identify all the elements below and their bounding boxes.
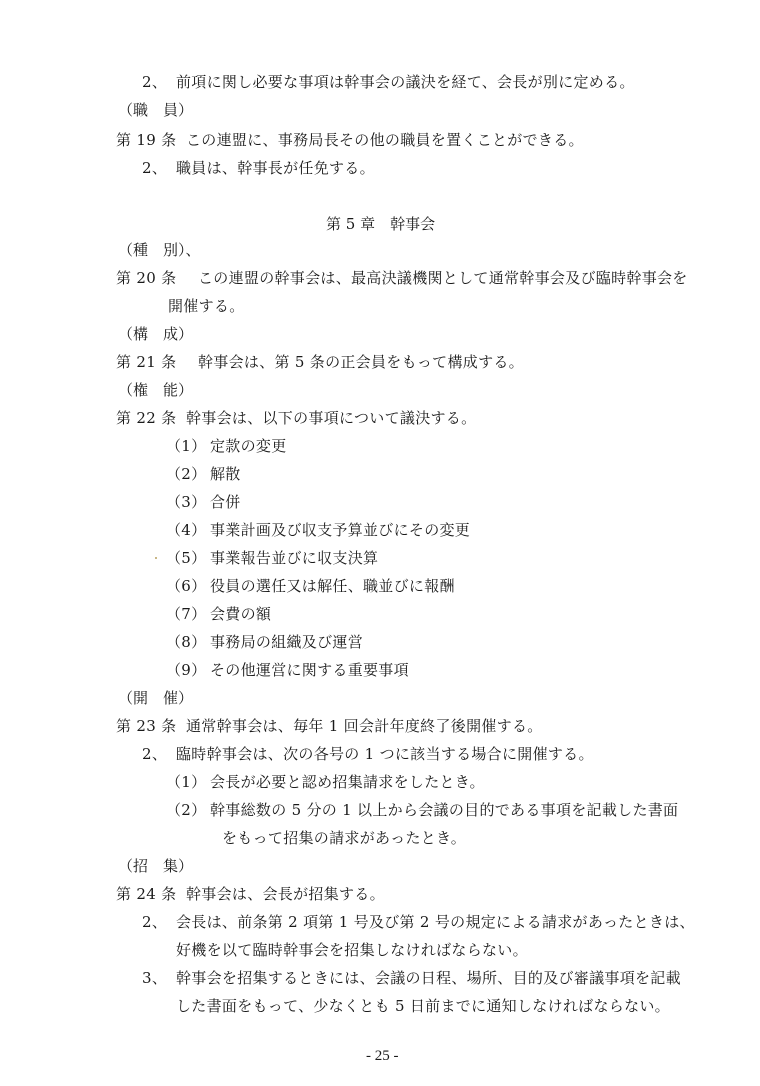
list-item: （1）定款の変更 <box>166 436 287 456</box>
item-number: （4） <box>166 520 210 540</box>
item-number: （7） <box>166 604 210 624</box>
paragraph-number: 2、 <box>142 744 176 764</box>
item-text: 会長が必要と認め招集請求をしたとき。 <box>210 773 485 791</box>
article-text: 幹事会は、第 5 条の正会員をもって構成する。 <box>198 353 524 371</box>
article-heading-20: （種 別）、 <box>118 240 201 260</box>
paragraph-continuation: した書面をもって、少なくとも 5 日前までに通知しなければならない。 <box>176 996 670 1016</box>
item-number: （1） <box>166 772 210 792</box>
list-item: （7）会費の額 <box>166 604 271 624</box>
item-number: （5） <box>166 548 210 568</box>
item-text: 事務局の組織及び運営 <box>210 633 363 651</box>
article-heading-21: （構 成） <box>118 324 193 344</box>
article-label: 第 20 条 <box>116 268 198 288</box>
paragraph-number: 3、 <box>142 968 176 988</box>
page-number: - 25 - <box>366 1046 399 1066</box>
article-text: この連盟に、事務局長その他の職員を置くことができる。 <box>186 131 584 149</box>
paragraph-text: 職員は、幹事長が任免する。 <box>176 159 375 177</box>
list-item: （4）事業計画及び収支予算並びにその変更 <box>166 520 470 540</box>
item-number: （1） <box>166 436 210 456</box>
article-text: 幹事会は、以下の事項について議決する。 <box>186 409 476 427</box>
list-item: （3）合併 <box>166 492 241 512</box>
article-24: 第 24 条幹事会は、会長が招集する。 <box>116 884 385 904</box>
item-number: （9） <box>166 660 210 680</box>
list-item: （1）会長が必要と認め招集請求をしたとき。 <box>166 772 485 792</box>
article-label: 第 24 条 <box>116 884 186 904</box>
item-text: 幹事総数の 5 分の 1 以上から会議の目的である事項を記載した書面 <box>210 801 678 819</box>
paragraph-number: 2、 <box>142 912 176 932</box>
item-text: 事業計画及び収支予算並びにその変更 <box>210 521 470 539</box>
list-item-continuation: をもって招集の請求があったとき。 <box>222 828 466 848</box>
list-item: （2）幹事総数の 5 分の 1 以上から会議の目的である事項を記載した書面 <box>166 800 678 820</box>
item-text: 役員の選任又は解任、職並びに報酬 <box>210 577 455 595</box>
item-text: 解散 <box>210 465 241 483</box>
list-item: （6）役員の選任又は解任、職並びに報酬 <box>166 576 455 596</box>
paragraph-24-3: 3、幹事会を招集するときには、会議の日程、場所、目的及び審議事項を記載 <box>142 968 681 988</box>
article-19: 第 19 条この連盟に、事務局長その他の職員を置くことができる。 <box>116 130 584 150</box>
article-heading-23: （開 催） <box>118 688 193 708</box>
paragraph-number: 2、 <box>142 72 176 92</box>
chapter-title: 第 5 章 幹事会 <box>326 214 435 234</box>
article-text: 通常幹事会は、毎年 1 回会計年度終了後開催する。 <box>186 717 543 735</box>
list-item: （5）事業報告並びに収支決算 <box>166 548 378 568</box>
paragraph-continuation: 好機を以て臨時幹事会を招集しなければならない。 <box>176 940 528 960</box>
article-20: 第 20 条この連盟の幹事会は、最高決議機関として通常幹事会及び臨時幹事会を <box>116 268 688 288</box>
article-text: この連盟の幹事会は、最高決議機関として通常幹事会及び臨時幹事会を <box>198 269 688 287</box>
paragraph-19-2: 2、職員は、幹事長が任免する。 <box>142 158 375 178</box>
item-text: 定款の変更 <box>210 437 287 455</box>
item-text: 会費の額 <box>210 605 271 623</box>
item-number: （2） <box>166 464 210 484</box>
item-text: その他運営に関する重要事項 <box>210 661 409 679</box>
article-label: 第 19 条 <box>116 130 186 150</box>
item-number: （8） <box>166 632 210 652</box>
article-21: 第 21 条幹事会は、第 5 条の正会員をもって構成する。 <box>116 352 524 372</box>
list-item: （9）その他運営に関する重要事項 <box>166 660 409 680</box>
list-item: （8）事務局の組織及び運営 <box>166 632 363 652</box>
paragraph-18-2: 2、前項に関し必要な事項は幹事会の議決を経て、会長が別に定める。 <box>142 72 635 92</box>
item-text: 合併 <box>210 493 241 511</box>
paragraph-text: 幹事会を招集するときには、会議の日程、場所、目的及び審議事項を記載 <box>176 969 681 987</box>
article-23: 第 23 条通常幹事会は、毎年 1 回会計年度終了後開催する。 <box>116 716 543 736</box>
item-number: （6） <box>166 576 210 596</box>
scan-speck <box>155 557 157 559</box>
article-label: 第 23 条 <box>116 716 186 736</box>
item-number: （3） <box>166 492 210 512</box>
article-label: 第 22 条 <box>116 408 186 428</box>
list-item: （2）解散 <box>166 464 241 484</box>
paragraph-text: 会長は、前条第 2 項第 1 号及び第 2 号の規定による請求があったときは、 <box>176 913 695 931</box>
paragraph-text: 臨時幹事会は、次の各号の 1 つに該当する場合に開催する。 <box>176 745 594 763</box>
article-label: 第 21 条 <box>116 352 198 372</box>
article-heading-24: （招 集） <box>118 856 193 876</box>
article-heading-22: （権 能） <box>118 380 193 400</box>
item-text: 事業報告並びに収支決算 <box>210 549 378 567</box>
article-heading-19: （職 員） <box>118 100 193 120</box>
article-text: 幹事会は、会長が招集する。 <box>186 885 385 903</box>
paragraph-24-2: 2、会長は、前条第 2 項第 1 号及び第 2 号の規定による請求があったときは… <box>142 912 695 932</box>
article-20-continuation: 開催する。 <box>168 296 245 316</box>
paragraph-text: 前項に関し必要な事項は幹事会の議決を経て、会長が別に定める。 <box>176 73 635 91</box>
paragraph-23-2: 2、臨時幹事会は、次の各号の 1 つに該当する場合に開催する。 <box>142 744 594 764</box>
article-22: 第 22 条幹事会は、以下の事項について議決する。 <box>116 408 476 428</box>
paragraph-number: 2、 <box>142 158 176 178</box>
item-number: （2） <box>166 800 210 820</box>
